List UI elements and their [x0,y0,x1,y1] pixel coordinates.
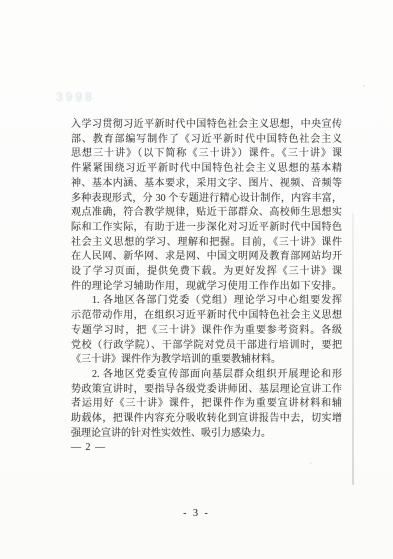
text-line: 部、教育部编写制作了《习近平新时代中国特色社会主义 [71,133,342,148]
text-line: 党校（行政学院）、干部学院对党员干部进行培训时，要把 [71,339,342,354]
paper-speck [310,462,312,464]
text-line: 件的理论学习辅助作用，现就学习使用工作作出如下安排。 [71,280,342,295]
text-line: 势政策宣讲时，要指导各级党委讲师团、基层理论宣讲工作 [71,383,342,398]
text-line: 件紧紧围绕习近平新时代中国特色社会主义思想的基本精 [71,162,342,177]
faint-ink-stamp: 3998 [56,90,95,104]
text-line: 观点准确，符合教学规律，贴近干部群众、高校师生思想实 [71,206,342,221]
text-line: 入学习贯彻习近平新时代中国特色社会主义思想，中央宣传 [71,118,342,133]
text-line: 2. 各地区党委宣传部面向基层群众组织开展理论和形 [71,368,342,383]
text-line: 1. 各地区各部门党委（党组）理论学习中心组要发挥 [71,294,342,309]
text-line: 设了学习页面，提供免费下载。为更好发挥《三十讲》课 [71,265,342,280]
scan-edge-artifact-line [352,213,354,485]
text-line: 在人民网、新华网、求是网、中国文明网及教育部网站均开 [71,250,342,265]
text-line: 思想三十讲》（以下简称《三十讲》）课件。《三十讲》课 [71,147,342,162]
text-line: 《三十讲》课件作为教学培训的重要教辅材料。 [71,353,342,368]
text-line: 社会主义思想的学习、理解和把握。目前，《三十讲》课件 [71,236,342,251]
text-line: 多种表现形式，分 30 个专题进行精心设计制作，内容丰富， [71,192,342,207]
document-body-text: 入学习贯彻习近平新时代中国特色社会主义思想，中央宣传部、教育部编写制作了《习近平… [71,118,342,456]
text-line: 助载体，把课件内容充分吸收转化到宣讲报告中去，切实增 [71,412,342,427]
text-line: 神、基本内涵、基本要求，采用文字、图片、视频、音频等 [71,177,342,192]
paper-speck [363,85,365,87]
text-line: 际和工作实际，有助于进一步深化对习近平新时代中国特色 [71,221,342,236]
inner-page-number: — 2 — [71,441,342,456]
scanned-document-page: 3998 入学习贯彻习近平新时代中国特色社会主义思想，中央宣传部、教育部编写制作… [0,0,393,559]
text-line: 者运用好《三十讲》课件，把课件作为重要宣讲材料和辅 [71,397,342,412]
text-line: 示范带动作用，在组织习近平新时代中国特色社会主义思想 [71,309,342,324]
page-number: - 3 - [0,508,393,519]
text-line: 强理论宣讲的针对性实效性、吸引力感染力。 [71,427,342,442]
text-line: 专题学习时，把《三十讲》课件作为重要参考资料。各级 [71,324,342,339]
